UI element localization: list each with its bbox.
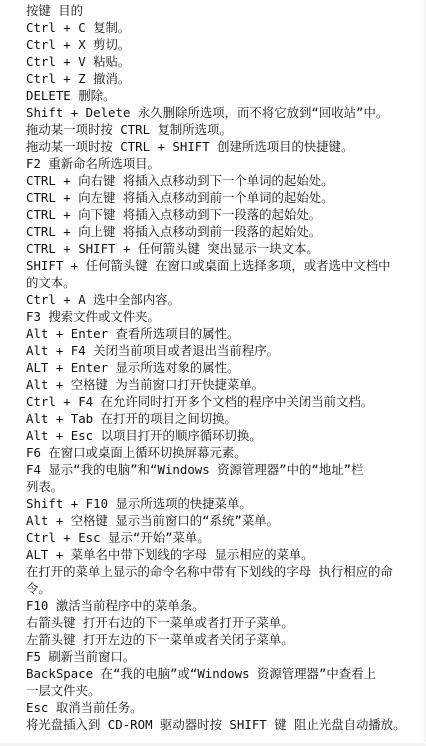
text-line: Shift + F10 显示所选项的快捷菜单。 (26, 495, 424, 512)
text-line: 令。 (26, 580, 424, 597)
text-line: 拖动某一项时按 CTRL 复制所选项。 (26, 121, 424, 138)
text-line: Ctrl + V 粘贴。 (26, 53, 424, 70)
text-line: Ctrl + A 选中全部内容。 (26, 291, 424, 308)
text-line: 左箭头键 打开左边的下一菜单或者关闭子菜单。 (26, 631, 424, 648)
text-line: Alt + Enter 查看所选项目的属性。 (26, 325, 424, 342)
text-line: CTRL + 向上键 将插入点移动到前一段落的起始处。 (26, 223, 424, 240)
text-line: 一层文件夹。 (26, 682, 424, 699)
text-line: Ctrl + X 剪切。 (26, 36, 424, 53)
text-line: F3 搜索文件或文件夹。 (26, 308, 424, 325)
text-line: Ctrl + Esc 显示“开始”菜单。 (26, 529, 424, 546)
text-line: Shift + Delete 永久删除所选项，而不将它放到“回收站”中。 (26, 104, 424, 121)
text-line: ALT + 菜单名中带下划线的字母 显示相应的菜单。 (26, 546, 424, 563)
text-line: 拖动某一项时按 CTRL + SHIFT 创建所选项目的快捷键。 (26, 138, 424, 155)
text-line: F4 显示“我的电脑”和“Windows 资源管理器”中的“地址”栏 (26, 461, 424, 478)
text-line: 的文本。 (26, 274, 424, 291)
text-line: 将光盘插入到 CD-ROM 驱动器时按 SHIFT 键 阻止光盘自动播放。 (26, 716, 424, 733)
text-line: DELETE 删除。 (26, 87, 424, 104)
text-line: Ctrl + F4 在允许同时打开多个文档的程序中关闭当前文档。 (26, 393, 424, 410)
text-line: CTRL + 向右键 将插入点移动到下一个单词的起始处。 (26, 172, 424, 189)
text-line: CTRL + SHIFT + 任何箭头键 突出显示一块文本。 (26, 240, 424, 257)
text-line: SHIFT + 任何箭头键 在窗口或桌面上选择多项，或者选中文档中 (26, 257, 424, 274)
text-line: Alt + 空格键 为当前窗口打开快捷菜单。 (26, 376, 424, 393)
page-edge-bottom (0, 742, 426, 746)
text-line: Ctrl + Z 撤消。 (26, 70, 424, 87)
text-line: 列表。 (26, 478, 424, 495)
text-line: ALT + Enter 显示所选对象的属性。 (26, 359, 424, 376)
text-line: F5 刷新当前窗口。 (26, 648, 424, 665)
text-line: F10 激活当前程序中的菜单条。 (26, 597, 424, 614)
header-line: 按键 目的 (26, 2, 424, 19)
text-line: Esc 取消当前任务。 (26, 699, 424, 716)
text-line: CTRL + 向左键 将插入点移动到前一个单词的起始处。 (26, 189, 424, 206)
text-line: Alt + Tab 在打开的项目之间切换。 (26, 410, 424, 427)
text-line: CTRL + 向下键 将插入点移动到下一段落的起始处。 (26, 206, 424, 223)
text-line: BackSpace 在“我的电脑”或“Windows 资源管理器”中查看上 (26, 665, 424, 682)
text-line: F6 在窗口或桌面上循环切换屏幕元素。 (26, 444, 424, 461)
text-line: Ctrl + C 复制。 (26, 19, 424, 36)
text-line: 右箭头键 打开右边的下一菜单或者打开子菜单。 (26, 614, 424, 631)
text-line: Alt + 空格键 显示当前窗口的“系统”菜单。 (26, 512, 424, 529)
text-line: F2 重新命名所选项目。 (26, 155, 424, 172)
text-line: Alt + Esc 以项目打开的顺序循环切换。 (26, 427, 424, 444)
text-line: Alt + F4 关闭当前项目或者退出当前程序。 (26, 342, 424, 359)
shortcut-document: 按键 目的 Ctrl + C 复制。 Ctrl + X 剪切。 Ctrl + V… (26, 2, 424, 733)
text-line: 在打开的菜单上显示的命令名称中带有下划线的字母 执行相应的命 (26, 563, 424, 580)
